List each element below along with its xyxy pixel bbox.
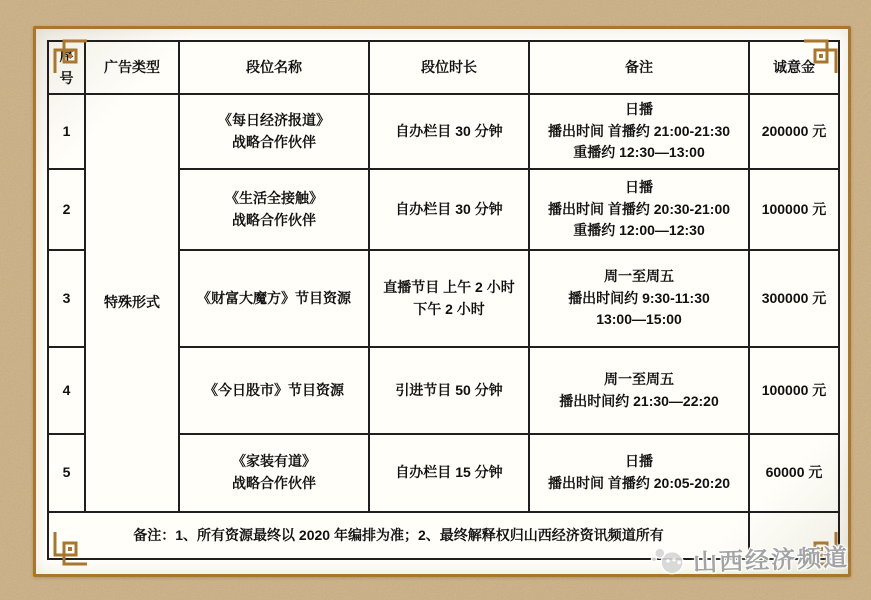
header-segment-duration: 段位时长	[369, 41, 529, 94]
remark-line: 播出时间 首播约 20:30-21:00	[534, 199, 744, 221]
deposit-cell: 60000 元	[749, 434, 839, 512]
program-name-line: 战略合作伙伴	[184, 473, 364, 495]
duration-line: 下午 2 小时	[374, 299, 524, 321]
duration-line: 自办栏目 15 分钟	[374, 462, 524, 484]
deposit-cell: 300000 元	[749, 250, 839, 347]
program-name-line: 战略合作伙伴	[184, 210, 364, 232]
duration-cell: 自办栏目 30 分钟	[369, 94, 529, 169]
program-name-line: 战略合作伙伴	[184, 132, 364, 154]
program-name-line: 《财富大魔方》节目资源	[184, 288, 364, 310]
frame-corner-ornament	[802, 37, 840, 75]
remark-line: 周一至周五	[534, 266, 744, 288]
deposit-cell: 200000 元	[749, 94, 839, 169]
remark-line: 播出时间约 9:30-11:30	[534, 288, 744, 310]
frame-corner-ornament	[51, 37, 89, 75]
footer-note-row: 备注：1、所有资源最终以 2020 年编排为准；2、最终解释权归山西经济资讯频道…	[48, 512, 839, 559]
remark-line: 播出时间 首播约 20:05-20:20	[534, 473, 744, 495]
remark-line: 日播	[534, 99, 744, 121]
remark-cell: 日播 播出时间 首播约 20:05-20:20	[529, 434, 749, 512]
remark-line: 日播	[534, 451, 744, 473]
duration-line: 自办栏目 30 分钟	[374, 121, 524, 143]
duration-cell: 自办栏目 15 分钟	[369, 434, 529, 512]
duration-cell: 引进节目 50 分钟	[369, 347, 529, 434]
duration-cell: 自办栏目 30 分钟	[369, 169, 529, 250]
duration-line: 引进节目 50 分钟	[374, 380, 524, 402]
remark-cell: 日播 播出时间 首播约 20:30-21:00 重播约 12:00—12:30	[529, 169, 749, 250]
header-row: 序号 广告类型 段位名称 段位时长 备注 诚意金	[48, 41, 839, 94]
deposit-cell: 100000 元	[749, 169, 839, 250]
frame-corner-ornament	[51, 530, 89, 568]
remark-cell: 日播 播出时间 首播约 21:00-21:30 重播约 12:30—13:00	[529, 94, 749, 169]
program-name-line: 《每日经济报道》	[184, 110, 364, 132]
seq-cell: 4	[48, 347, 85, 434]
table-row: 1 特殊形式 《每日经济报道》 战略合作伙伴 自办栏目 30 分钟 日播 播出时…	[48, 94, 839, 169]
seq-cell: 3	[48, 250, 85, 347]
deposit-cell: 100000 元	[749, 347, 839, 434]
remark-line: 重播约 12:30—13:00	[534, 142, 744, 164]
program-name-line: 《家装有道》	[184, 451, 364, 473]
ad-rate-table: 序号 广告类型 段位名称 段位时长 备注 诚意金 1 特殊形式 《每日经济报道》…	[47, 40, 840, 560]
program-name-cell: 《生活全接触》 战略合作伙伴	[179, 169, 369, 250]
header-ad-type: 广告类型	[85, 41, 179, 94]
seq-cell: 5	[48, 434, 85, 512]
remark-line: 播出时间约 21:30—22:20	[534, 391, 744, 413]
remark-line: 播出时间 首播约 21:00-21:30	[534, 121, 744, 143]
remark-cell: 周一至周五 播出时间约 21:30—22:20	[529, 347, 749, 434]
remark-cell: 周一至周五 播出时间约 9:30-11:30 13:00—15:00	[529, 250, 749, 347]
header-remark: 备注	[529, 41, 749, 94]
seq-cell: 1	[48, 94, 85, 169]
program-name-cell: 《家装有道》 战略合作伙伴	[179, 434, 369, 512]
duration-line: 自办栏目 30 分钟	[374, 199, 524, 221]
program-name-cell: 《每日经济报道》 战略合作伙伴	[179, 94, 369, 169]
duration-cell: 直播节目 上午 2 小时 下午 2 小时	[369, 250, 529, 347]
ad-type-merged-cell: 特殊形式	[85, 94, 179, 512]
duration-line: 直播节目 上午 2 小时	[374, 277, 524, 299]
program-name-cell: 《财富大魔方》节目资源	[179, 250, 369, 347]
program-name-line: 《今日股市》节目资源	[184, 380, 364, 402]
remark-line: 13:00—15:00	[534, 309, 744, 331]
remark-line: 周一至周五	[534, 369, 744, 391]
remark-line: 重播约 12:00—12:30	[534, 220, 744, 242]
frame-corner-ornament	[802, 530, 840, 568]
footer-note-cell: 备注：1、所有资源最终以 2020 年编排为准；2、最终解释权归山西经济资讯频道…	[48, 512, 749, 559]
program-name-cell: 《今日股市》节目资源	[179, 347, 369, 434]
program-name-line: 《生活全接触》	[184, 188, 364, 210]
seq-cell: 2	[48, 169, 85, 250]
header-segment-name: 段位名称	[179, 41, 369, 94]
remark-line: 日播	[534, 177, 744, 199]
